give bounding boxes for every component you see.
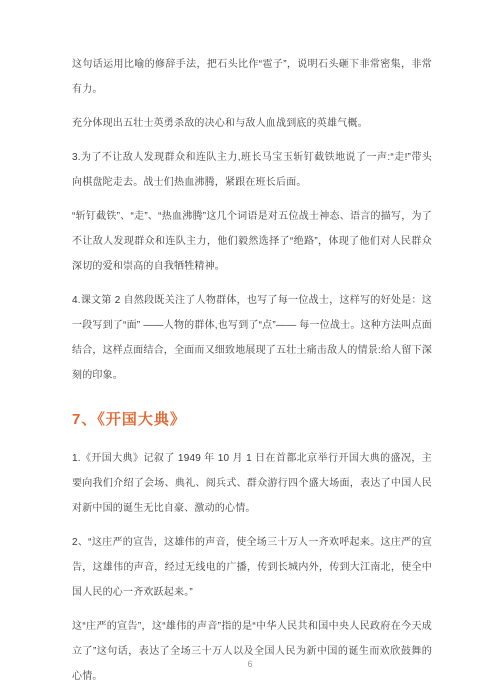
page-number: 6 bbox=[247, 659, 252, 669]
paragraph-quote-sentence: 2、“这庄严的宣告，这雄伟的声音，使全场三十万人一齐欢呼起来。这庄严的宣告，这雄… bbox=[72, 530, 432, 605]
paragraph-point-3: 3.为了不让敌人发现群众和连队主力,班长马宝玉斩钉截铁地说了一声:“走!”带头向… bbox=[72, 145, 432, 195]
section-heading-kaiguo-dadian: 7、《开国大典》 bbox=[72, 410, 432, 430]
document-page: 这句话运用比喻的修辞手法，把石头比作“雹子”，说明石头砸下非常密集，非常有力。 … bbox=[0, 0, 500, 694]
paragraph-metaphor-analysis: 这句话运用比喻的修辞手法，把石头比作“雹子”，说明石头砸下非常密集，非常有力。 bbox=[72, 52, 432, 102]
document-content: 这句话运用比喻的修辞手法，把石头比作“雹子”，说明石头砸下非常密集，非常有力。 … bbox=[0, 0, 500, 689]
paragraph-point-4: 4.课文第 2 自然段既关注了人物群体，也写了每一位战士，这样写的好处是：这一段… bbox=[72, 288, 432, 388]
paragraph-word-analysis: “斩钉截铁”、“走”、“热血沸腾”这几个词语是对五位战士神态、语言的描写，为了不… bbox=[72, 204, 432, 279]
paragraph-lesson-summary: 1.《开国大典》记叙了 1949 年 10 月 1 日在首都北京举行开国大典的盛… bbox=[72, 446, 432, 521]
paragraph-quote-analysis: 这“庄严的宣告”，这“雄伟的声音”指的是“中华人民共和国中央人民政府在今天成立了… bbox=[72, 614, 432, 689]
page-footer: 6 bbox=[0, 654, 500, 672]
paragraph-hero-spirit: 充分体现出五壮士英勇杀敌的决心和与敌人血战到底的英雄气概。 bbox=[72, 111, 432, 136]
